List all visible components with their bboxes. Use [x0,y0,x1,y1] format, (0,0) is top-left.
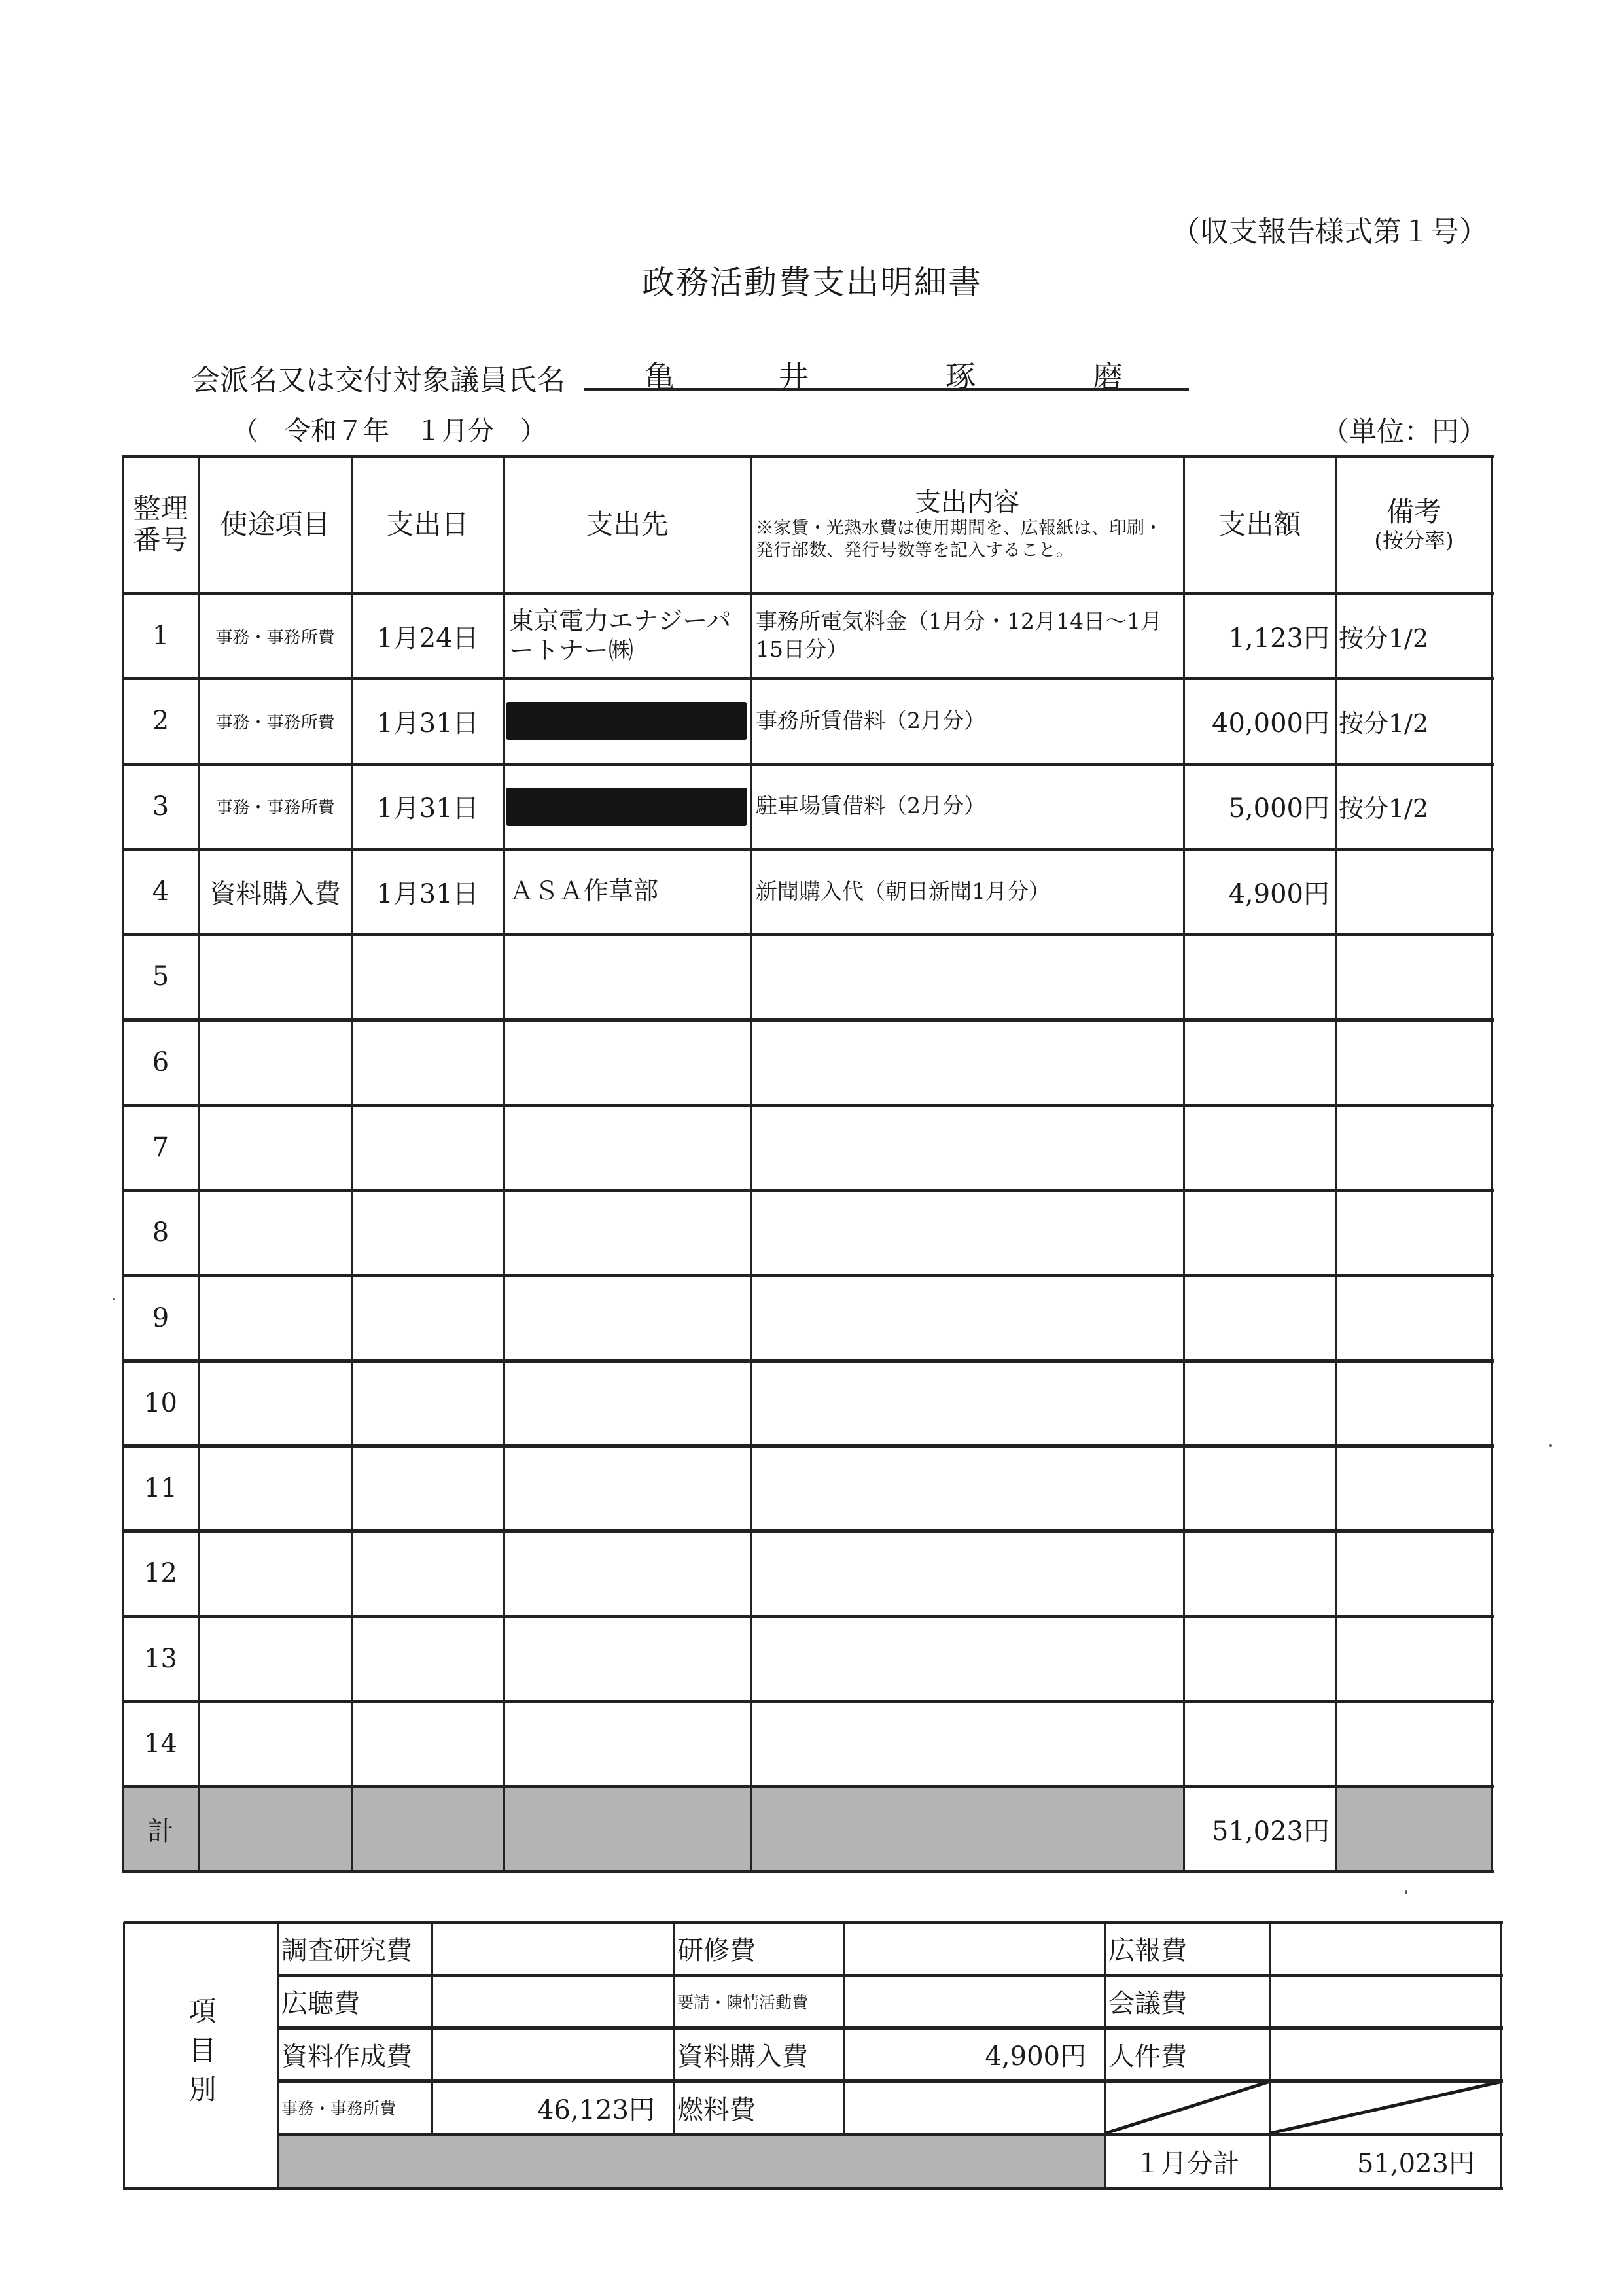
cell-content[interactable] [750,1020,1184,1105]
table-rule [122,848,1494,851]
table-column-rule [1491,456,1493,1873]
cell-category[interactable]: 事務・事務所費 [199,764,351,849]
cell-payee[interactable] [504,1275,750,1360]
cell-date[interactable] [351,1190,504,1275]
cell-amount[interactable] [1184,934,1336,1019]
table-rule [122,763,1494,766]
table-rule [122,1615,1494,1618]
cell-remarks[interactable]: 按分1/2 [1336,593,1492,678]
summary-column-rule [673,1922,675,2134]
total-row-shading [122,1786,1184,1871]
cell-content[interactable]: 事務所電気料金（1月分・12月14日～1月15日分） [750,593,1184,678]
cell-amount[interactable] [1184,1361,1336,1446]
summary-column-rule [1500,1922,1502,2190]
cell-payee[interactable] [504,1616,750,1701]
month-total-label: １月分計 [1104,2134,1269,2188]
header-remarks-title: 備考 [1386,496,1441,528]
summary-category-value[interactable] [432,1975,673,2028]
table-column-rule [503,456,505,1873]
scan-speck [1405,1890,1407,1894]
table-rule [122,1700,1494,1703]
header-remarks-sub: (按分率) [1375,529,1454,553]
cell-payee[interactable] [504,1105,750,1190]
table-rule [122,1444,1494,1448]
document-title: 政務活動費支出明細書 [0,256,1624,304]
summary-category-value[interactable] [844,1975,1104,2028]
cell-payee[interactable] [504,934,750,1019]
header-date: 支出日 [351,456,504,593]
cell-remarks[interactable] [1336,1275,1492,1360]
cell-amount[interactable]: 4,900円 [1184,849,1336,934]
cell-date[interactable] [351,1701,504,1786]
report-period: （ 令和７年 １月分 ） [232,410,546,447]
cell-date[interactable] [351,1020,504,1105]
cell-category[interactable] [199,1190,351,1275]
cell-payee[interactable]: ＡＳＡ作草部 [504,849,750,934]
cell-remarks[interactable] [1336,1531,1492,1616]
summary-category-label: 要請・陳情活動費 [673,1975,844,2028]
cell-remarks[interactable] [1336,1361,1492,1446]
table-rule [122,1785,1494,1788]
cell-remarks[interactable]: 按分1/2 [1336,678,1492,763]
cell-amount[interactable] [1184,1275,1336,1360]
cell-content[interactable] [750,1190,1184,1275]
cell-date[interactable] [351,1616,504,1701]
cell-content[interactable]: 新聞購入代（朝日新聞1月分） [750,849,1184,934]
table-column-rule [198,456,200,1873]
cell-remarks[interactable] [1336,1190,1492,1275]
summary-column-rule [1104,1922,1106,2190]
redacted-payee-block [506,788,747,826]
cell-no[interactable]: 9 [122,1275,199,1360]
cell-category[interactable] [199,1361,351,1446]
cell-remarks[interactable] [1336,849,1492,934]
cell-amount[interactable] [1184,1190,1336,1275]
cell-no[interactable]: 8 [122,1190,199,1275]
summary-shading [277,2134,1104,2188]
summary-column-rule [277,1922,279,2190]
table-rule [122,1189,1494,1192]
table-rule [122,1359,1494,1363]
table-column-rule [1183,456,1185,1873]
month-total-value: 51,023円 [1269,2134,1501,2188]
cell-payee[interactable] [504,1531,750,1616]
cell-content[interactable]: 事務所賃借料（2月分） [750,678,1184,763]
cell-amount[interactable]: 40,000円 [1184,678,1336,763]
member-name-label: 会派名又は交付対象議員氏名 [191,357,565,398]
unit-label: （単位：円） [1322,410,1487,449]
cell-payee[interactable] [504,1701,750,1786]
table-rule [122,1529,1494,1533]
summary-category-value[interactable] [1269,2028,1501,2081]
cell-no[interactable]: 14 [122,1701,199,1786]
cell-category[interactable] [199,1275,351,1360]
cell-date[interactable]: 1月31日 [351,678,504,763]
cell-no[interactable]: 4 [122,849,199,934]
table-rule [122,1018,1494,1022]
summary-rule [124,2187,1503,2190]
cell-amount[interactable]: 5,000円 [1184,764,1336,849]
diagonal-slash-icon [1269,2081,1501,2134]
table-rule [122,1104,1494,1107]
cell-category[interactable] [199,1701,351,1786]
cell-no[interactable]: 11 [122,1446,199,1531]
cell-category[interactable]: 事務・事務所費 [199,593,351,678]
summary-side-label-text: 項目別 [181,1996,221,2114]
cell-category[interactable]: 事務・事務所費 [199,678,351,763]
cell-content[interactable] [750,1105,1184,1190]
cell-category[interactable] [199,1105,351,1190]
summary-side-label: 項目別 [124,1922,277,2188]
cell-no[interactable]: 5 [122,934,199,1019]
summary-category-label: 資料購入費 [673,2028,844,2081]
header-content-title: 支出内容 [756,487,1178,517]
scan-speck [1549,1444,1552,1447]
cell-payee[interactable] [504,1446,750,1531]
summary-category-value[interactable] [432,2028,673,2081]
cell-amount[interactable] [1184,1446,1336,1531]
cell-no[interactable]: 13 [122,1616,199,1701]
form-number: （収支報告様式第１号） [1171,208,1488,250]
cell-no[interactable]: 1 [122,593,199,678]
table-rule [122,1274,1494,1277]
cell-category[interactable] [199,934,351,1019]
cell-no[interactable]: 6 [122,1020,199,1105]
header-amount: 支出額 [1184,456,1336,593]
cell-content[interactable] [750,1616,1184,1701]
header-remarks: 備考(按分率) [1336,456,1492,593]
total-remarks-shading [1336,1786,1492,1871]
cell-content[interactable]: 駐車場賃借料（2月分） [750,764,1184,849]
summary-category-label: 資料作成費 [277,2028,432,2081]
cell-no[interactable]: 7 [122,1105,199,1190]
header-number: 整理 番号 [122,456,199,593]
header-content-note: ※家賃・光熱水費は使用期間を、広報紙は、印刷・発行部数、発行号数等を記入すること… [756,517,1178,562]
cell-amount[interactable] [1184,1701,1336,1786]
summary-category-label: 広報費 [1104,1922,1269,1975]
cell-content[interactable] [750,1361,1184,1446]
cell-payee[interactable] [504,1190,750,1275]
table-rule [122,1870,1494,1873]
summary-category-label: 研修費 [673,1922,844,1975]
cell-remarks[interactable]: 按分1/2 [1336,764,1492,849]
cell-category[interactable]: 資料購入費 [199,849,351,934]
cell-date[interactable] [351,1275,504,1360]
cell-remarks[interactable] [1336,1616,1492,1701]
table-column-rule [750,456,752,1873]
cell-date[interactable] [351,1531,504,1616]
table-rule [122,677,1494,680]
summary-rule [277,2026,1503,2030]
cell-content[interactable] [750,1446,1184,1531]
summary-category-value[interactable]: 46,123円 [432,2081,673,2134]
cell-no[interactable]: 12 [122,1531,199,1616]
cell-date[interactable]: 1月24日 [351,593,504,678]
diagonal-slash-icon [1104,2081,1269,2134]
table-rule [122,455,1494,458]
summary-column-rule [1269,1922,1271,2190]
cell-content[interactable] [750,934,1184,1019]
cell-no[interactable]: 3 [122,764,199,849]
cell-remarks[interactable] [1336,1446,1492,1531]
header-content: 支出内容※家賃・光熱水費は使用期間を、広報紙は、印刷・発行部数、発行号数等を記入… [750,456,1184,593]
cell-payee[interactable] [504,1020,750,1105]
name-underline [584,388,1189,391]
cell-remarks[interactable] [1336,934,1492,1019]
cell-remarks[interactable] [1336,1020,1492,1105]
table-rule [122,933,1494,936]
summary-column-rule [843,1922,845,2134]
cell-payee[interactable] [504,1361,750,1446]
cell-amount[interactable]: 1,123円 [1184,593,1336,678]
cell-date[interactable] [351,1105,504,1190]
summary-category-label: 会議費 [1104,1975,1269,2028]
cell-amount[interactable] [1184,1616,1336,1701]
cell-amount[interactable] [1184,1020,1336,1105]
summary-category-value[interactable] [844,1922,1104,1975]
cell-category[interactable] [199,1446,351,1531]
table-column-rule [122,456,124,1873]
cell-no[interactable]: 10 [122,1361,199,1446]
summary-category-value[interactable]: 4,900円 [844,2028,1104,2081]
cell-category[interactable] [199,1531,351,1616]
table-rule [122,592,1494,595]
summary-category-label: 燃料費 [673,2081,844,2134]
summary-rule [124,1921,1503,1924]
cell-amount[interactable] [1184,1105,1336,1190]
summary-column-rule [123,1922,125,2190]
cell-payee[interactable]: 東京電力エナジーパートナー㈱ [504,593,750,678]
summary-category-value[interactable] [1269,1975,1501,2028]
table-column-rule [351,456,353,1873]
summary-rule [277,1974,1503,1977]
cell-content[interactable] [750,1275,1184,1360]
cell-remarks[interactable] [1336,1105,1492,1190]
table-column-rule [1335,456,1337,1873]
cell-amount[interactable] [1184,1531,1336,1616]
summary-category-label: 人件費 [1104,2028,1269,2081]
summary-rule [277,2133,1503,2136]
summary-column-rule [431,1922,433,2134]
summary-category-value[interactable] [844,2081,1104,2134]
cell-no[interactable]: 2 [122,678,199,763]
cell-category[interactable] [199,1616,351,1701]
cell-date[interactable] [351,934,504,1019]
header-payee: 支出先 [504,456,750,593]
scan-speck [113,1298,115,1300]
summary-category-value[interactable] [432,1922,673,1975]
cell-remarks[interactable] [1336,1701,1492,1786]
cell-category[interactable] [199,1020,351,1105]
summary-category-label: 広聴費 [277,1975,432,2028]
cell-content[interactable] [750,1701,1184,1786]
cell-date[interactable]: 1月31日 [351,849,504,934]
total-label: 計 [122,1786,199,1871]
redacted-payee-block [506,702,747,740]
summary-category-value[interactable] [1269,1922,1501,1975]
cell-date[interactable] [351,1446,504,1531]
header-category: 使途項目 [199,456,351,593]
total-amount: 51,023円 [1184,1786,1336,1871]
summary-rule [277,2079,1503,2083]
cell-date[interactable]: 1月31日 [351,764,504,849]
cell-date[interactable] [351,1361,504,1446]
summary-category-label: 事務・事務所費 [277,2081,432,2134]
cell-content[interactable] [750,1531,1184,1616]
summary-category-label: 調査研究費 [277,1922,432,1975]
